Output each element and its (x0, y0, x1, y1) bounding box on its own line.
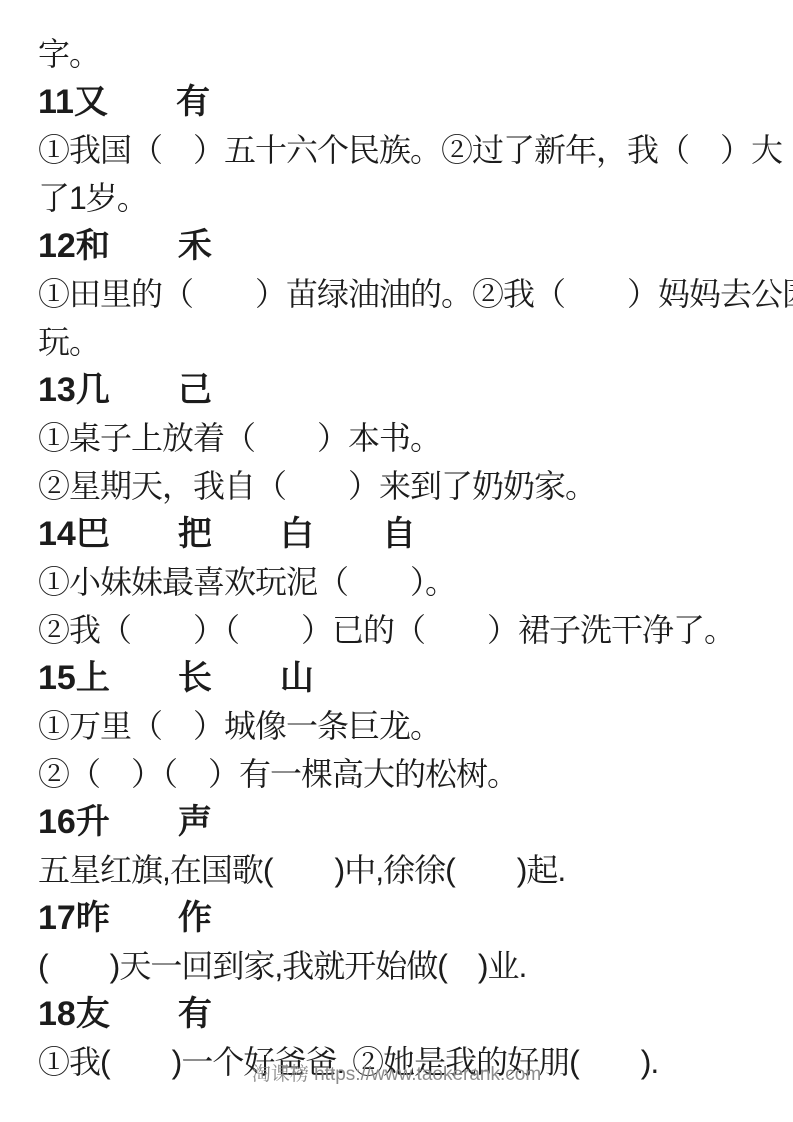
worksheet-page: 字。 11又 有 ①我国（ ）五十六个民族。②过了新年，我（ ）大 了1岁。 1… (0, 0, 793, 1122)
watermark: 淘课榜 https://www.taokerank.com (252, 1060, 541, 1090)
section-header-13: 13几 己 (38, 366, 793, 414)
carryover-line: 字。 (38, 30, 793, 78)
exercise-line: 五星红旗,在国歌( )中,徐徐( )起. (38, 846, 793, 894)
exercise-line: ②我（ ）（ ）已的（ ）裙子洗干净了。 (38, 606, 793, 654)
exercise-line: ①田里的（ ）苗绿油油的。②我（ ）妈妈去公园 (38, 270, 793, 318)
exercise-line: ①我国（ ）五十六个民族。②过了新年，我（ ）大 (38, 126, 793, 174)
exercise-line: ①桌子上放着（ ）本书。 (38, 414, 793, 462)
exercise-line: 了1岁。 (38, 174, 793, 222)
exercise-line: ②（ ）（ ）有一棵高大的松树。 (38, 750, 793, 798)
section-header-16: 16升 声 (38, 798, 793, 846)
exercise-line: ②星期天，我自（ ）来到了奶奶家。 (38, 462, 793, 510)
section-header-17: 17昨 作 (38, 894, 793, 942)
section-header-11: 11又 有 (38, 78, 793, 126)
exercise-line: ①小妹妹最喜欢玩泥（ ）。 (38, 558, 793, 606)
section-header-15: 15上 长 山 (38, 654, 793, 702)
exercise-line: ①万里（ ）城像一条巨龙。 (38, 702, 793, 750)
section-header-12: 12和 禾 (38, 222, 793, 270)
section-header-18: 18友 有 (38, 990, 793, 1038)
section-header-14: 14巴 把 白 自 (38, 510, 793, 558)
exercise-line: ( )天一回到家,我就开始做( )业. (38, 942, 793, 990)
exercise-line: 玩。 (38, 318, 793, 366)
